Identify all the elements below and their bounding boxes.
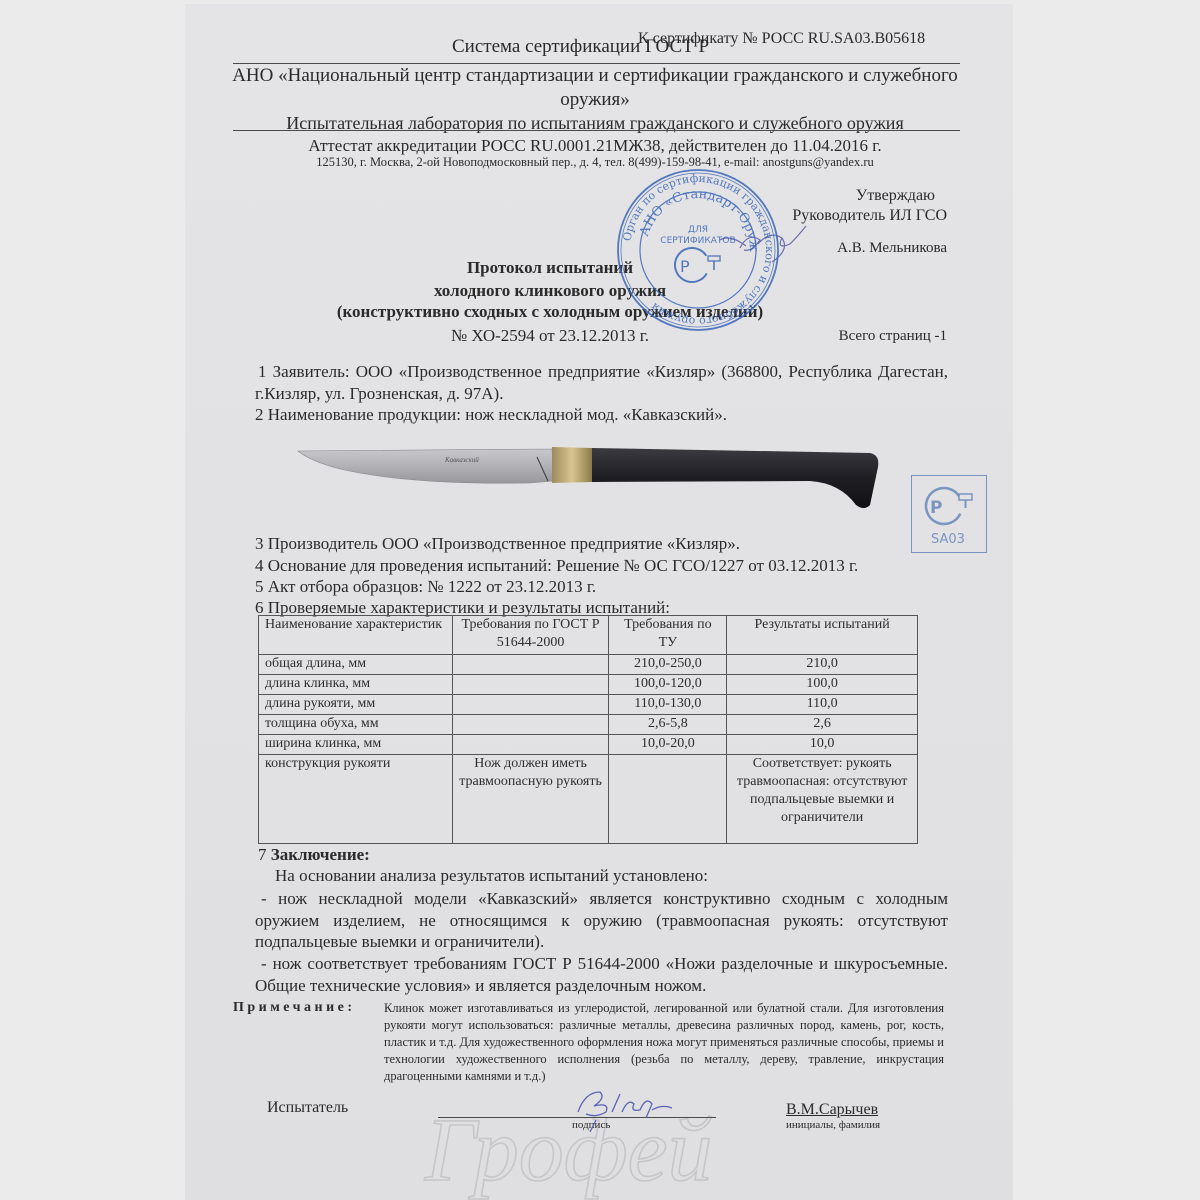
header-rule xyxy=(233,130,960,131)
svg-text:Кавказский: Кавказский xyxy=(444,456,479,464)
protocol-number: № ХО-2594 от 23.12.2013 г. xyxy=(250,326,850,346)
table-cell: 2,6 xyxy=(727,715,918,735)
tester-name: В.М.Сарычев xyxy=(786,1101,878,1119)
table-cell: конструкция рукояти xyxy=(259,755,453,844)
note-label: Примечание: xyxy=(233,1000,356,1016)
svg-text:SA03: SA03 xyxy=(931,532,965,547)
product-name: 2 Наименование продукции: нож нескладной… xyxy=(255,405,727,425)
table-cell: 100,0 xyxy=(727,675,918,695)
table-row: длина клинка, мм 100,0-120,0 100,0 xyxy=(259,675,918,695)
table-cell: 100,0-120,0 xyxy=(609,675,727,695)
conclusion-number: 7 xyxy=(258,845,267,864)
protocol-subtitle-2: (конструктивно сходных с холодным оружие… xyxy=(250,302,850,322)
table-cell: 110,0-130,0 xyxy=(609,695,727,715)
lab-address: 125130, г. Москва, 2-ой Новоподмосковный… xyxy=(230,155,960,170)
table-cell: длина рукояти, мм xyxy=(259,695,453,715)
protocol-subtitle: холодного клинкового оружия xyxy=(250,281,850,301)
conclusion-heading: 7 Заключение: xyxy=(258,845,370,865)
test-basis: 4 Основание для проведения испытаний: Ре… xyxy=(255,556,858,576)
knife-image: Кавказский xyxy=(290,435,890,535)
table-cell: 210,0 xyxy=(727,655,918,675)
table-row: конструкция рукояти Нож должен иметь тра… xyxy=(259,755,918,844)
table-cell: ширина клинка, мм xyxy=(259,735,453,755)
conclusion-intro: На основании анализа результатов испытан… xyxy=(275,866,708,886)
table-cell: 110,0 xyxy=(727,695,918,715)
table-cell: 2,6-5,8 xyxy=(609,715,727,735)
table-cell xyxy=(452,695,609,715)
table-row: ширина клинка, мм 10,0-20,0 10,0 xyxy=(259,735,918,755)
accreditation: Аттестат аккредитации РОСС RU.0001.21МЖ3… xyxy=(230,136,960,156)
page-count: Всего страниц -1 xyxy=(839,328,947,345)
results-table: Наименование характеристик Требования по… xyxy=(258,615,918,844)
table-cell xyxy=(452,675,609,695)
gost-certification-mark: P SA03 xyxy=(911,475,987,553)
organization-name: АНО «Национальный центр стандартизации и… xyxy=(230,64,960,112)
manufacturer: 3 Производитель ООО «Производственное пр… xyxy=(255,534,740,554)
system-title: Система сертификации ГОСТ Р xyxy=(452,36,709,58)
approver-position: Руководитель ИЛ ГСО xyxy=(792,207,947,225)
table-cell xyxy=(609,755,727,844)
table-cell: 10,0 xyxy=(727,735,918,755)
applicant: 1 Заявитель: ООО «Производственное предп… xyxy=(255,361,948,405)
table-cell xyxy=(452,655,609,675)
signature-line xyxy=(438,1117,716,1118)
header-cell: Требования по ТУ xyxy=(609,616,727,655)
table-cell: 10,0-20,0 xyxy=(609,735,727,755)
approve-label: Утверждаю xyxy=(856,187,935,205)
conclusion-point-1: - нож нескладной модели «Кавказский» явл… xyxy=(255,888,948,953)
sampling-act: 5 Акт отбора образцов: № 1222 от 23.12.2… xyxy=(255,577,596,597)
name-caption: инициалы, фамилия xyxy=(786,1119,880,1131)
note-text: Клинок может изготавливаться из углероди… xyxy=(384,1000,944,1085)
table-cell xyxy=(452,735,609,755)
table-cell: общая длина, мм xyxy=(259,655,453,675)
conclusion-point-2: - нож соответствует требованиям ГОСТ Р 5… xyxy=(255,953,948,996)
header-cell: Результаты испытаний xyxy=(727,616,918,655)
table-cell xyxy=(452,715,609,735)
table-row: длина рукояти, мм 110,0-130,0 110,0 xyxy=(259,695,918,715)
table-cell: Нож должен иметь травмоопасную рукоять xyxy=(452,755,609,844)
svg-text:P: P xyxy=(930,498,942,518)
approver-name: А.В. Мельникова xyxy=(837,240,947,257)
table-cell: 210,0-250,0 xyxy=(609,655,727,675)
table-header-row: Наименование характеристик Требования по… xyxy=(259,616,918,655)
header-cell: Наименование характеристик xyxy=(259,616,453,655)
table-cell: толщина обуха, мм xyxy=(259,715,453,735)
header-cell: Требования по ГОСТ Р 51644-2000 xyxy=(452,616,609,655)
protocol-title: Протокол испытаний xyxy=(250,258,850,278)
table-row: общая длина, мм 210,0-250,0 210,0 xyxy=(259,655,918,675)
table-row: толщина обуха, мм 2,6-5,8 2,6 xyxy=(259,715,918,735)
signature-caption: подпись xyxy=(572,1119,610,1131)
conclusion-title: Заключение: xyxy=(271,845,370,864)
tester-label: Испытатель xyxy=(267,1099,348,1117)
table-cell: Соответствует: рукоять травмоопасная: от… xyxy=(727,755,918,844)
table-cell: длина клинка, мм xyxy=(259,675,453,695)
